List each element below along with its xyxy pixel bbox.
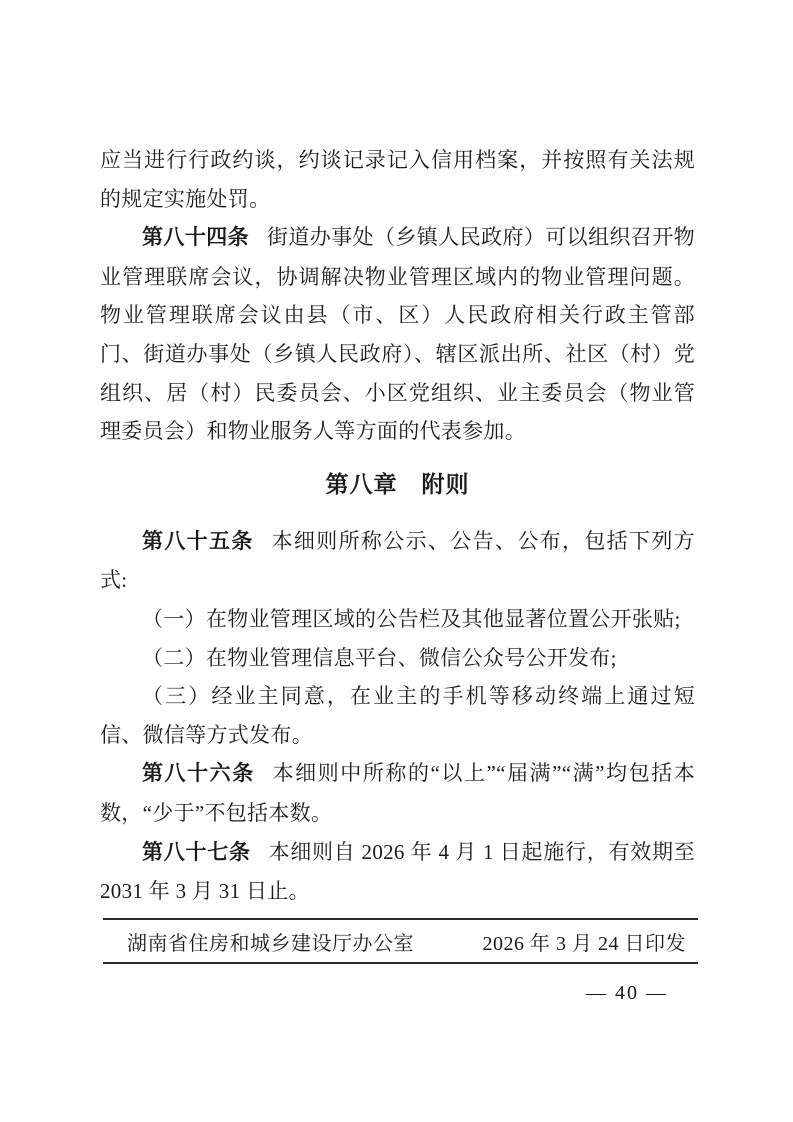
footer-print-date: 2026 年 3 月 24 日印发 (483, 927, 687, 956)
document-page: 应当进行行政约谈，约谈记录记入信用档案，并按照有关法规的规定实施处罚。 第八十四… (0, 0, 793, 1122)
page-number: — 40 — (586, 982, 668, 1005)
article-number: 第八十四条 (142, 226, 249, 249)
paragraph-text: 街道办事处（乡镇人民政府）可以组织召开物业管理联席会议，协调解决物业管理区域内的… (100, 225, 695, 443)
paragraph-text: （一）在物业管理区域的公告栏及其他显著位置公开张贴; (142, 607, 681, 631)
paragraph-article-84: 第八十四条街道办事处（乡镇人民政府）可以组织召开物业管理联席会议，协调解决物业管… (100, 218, 695, 451)
paragraph-continuation: 应当进行行政约谈，约谈记录记入信用档案，并按照有关法规的规定实施处罚。 (100, 141, 695, 218)
paragraph-article-86: 第八十六条本细则中所称的“以上”“届满”“满”均包括本数，“少于”不包括本数。 (100, 754, 695, 832)
paragraph-text: 应当进行行政约谈，约谈记录记入信用档案，并按照有关法规的规定实施处罚。 (100, 148, 695, 211)
document-body: 应当进行行政约谈，约谈记录记入信用档案，并按照有关法规的规定实施处罚。 第八十四… (100, 141, 695, 911)
chapter-heading: 第八章 附则 (100, 465, 695, 504)
list-item-2: （二）在物业管理信息平台、微信公众号公开发布; (100, 639, 695, 678)
paragraph-text: （二）在物业管理信息平台、微信公众号公开发布; (142, 646, 617, 670)
paragraph-article-87: 第八十七条本细则自 2026 年 4 月 1 日起施行，有效期至 2031 年 … (100, 833, 695, 911)
article-number: 第八十七条 (142, 841, 251, 864)
footer-issuer: 湖南省住房和城乡建设厅办公室 (127, 927, 414, 956)
footer-colophon: 湖南省住房和城乡建设厅办公室 2026 年 3 月 24 日印发 (103, 918, 698, 964)
list-item-3: （三）经业主同意，在业主的手机等移动终端上通过短信、微信等方式发布。 (100, 677, 695, 754)
article-number: 第八十五条 (142, 530, 254, 553)
article-number: 第八十六条 (142, 762, 255, 785)
paragraph-text: （三）经业主同意，在业主的手机等移动终端上通过短信、微信等方式发布。 (100, 684, 695, 747)
list-item-1: （一）在物业管理区域的公告栏及其他显著位置公开张贴; (100, 600, 695, 639)
paragraph-article-85: 第八十五条本细则所称公示、公告、公布，包括下列方式: (100, 522, 695, 600)
